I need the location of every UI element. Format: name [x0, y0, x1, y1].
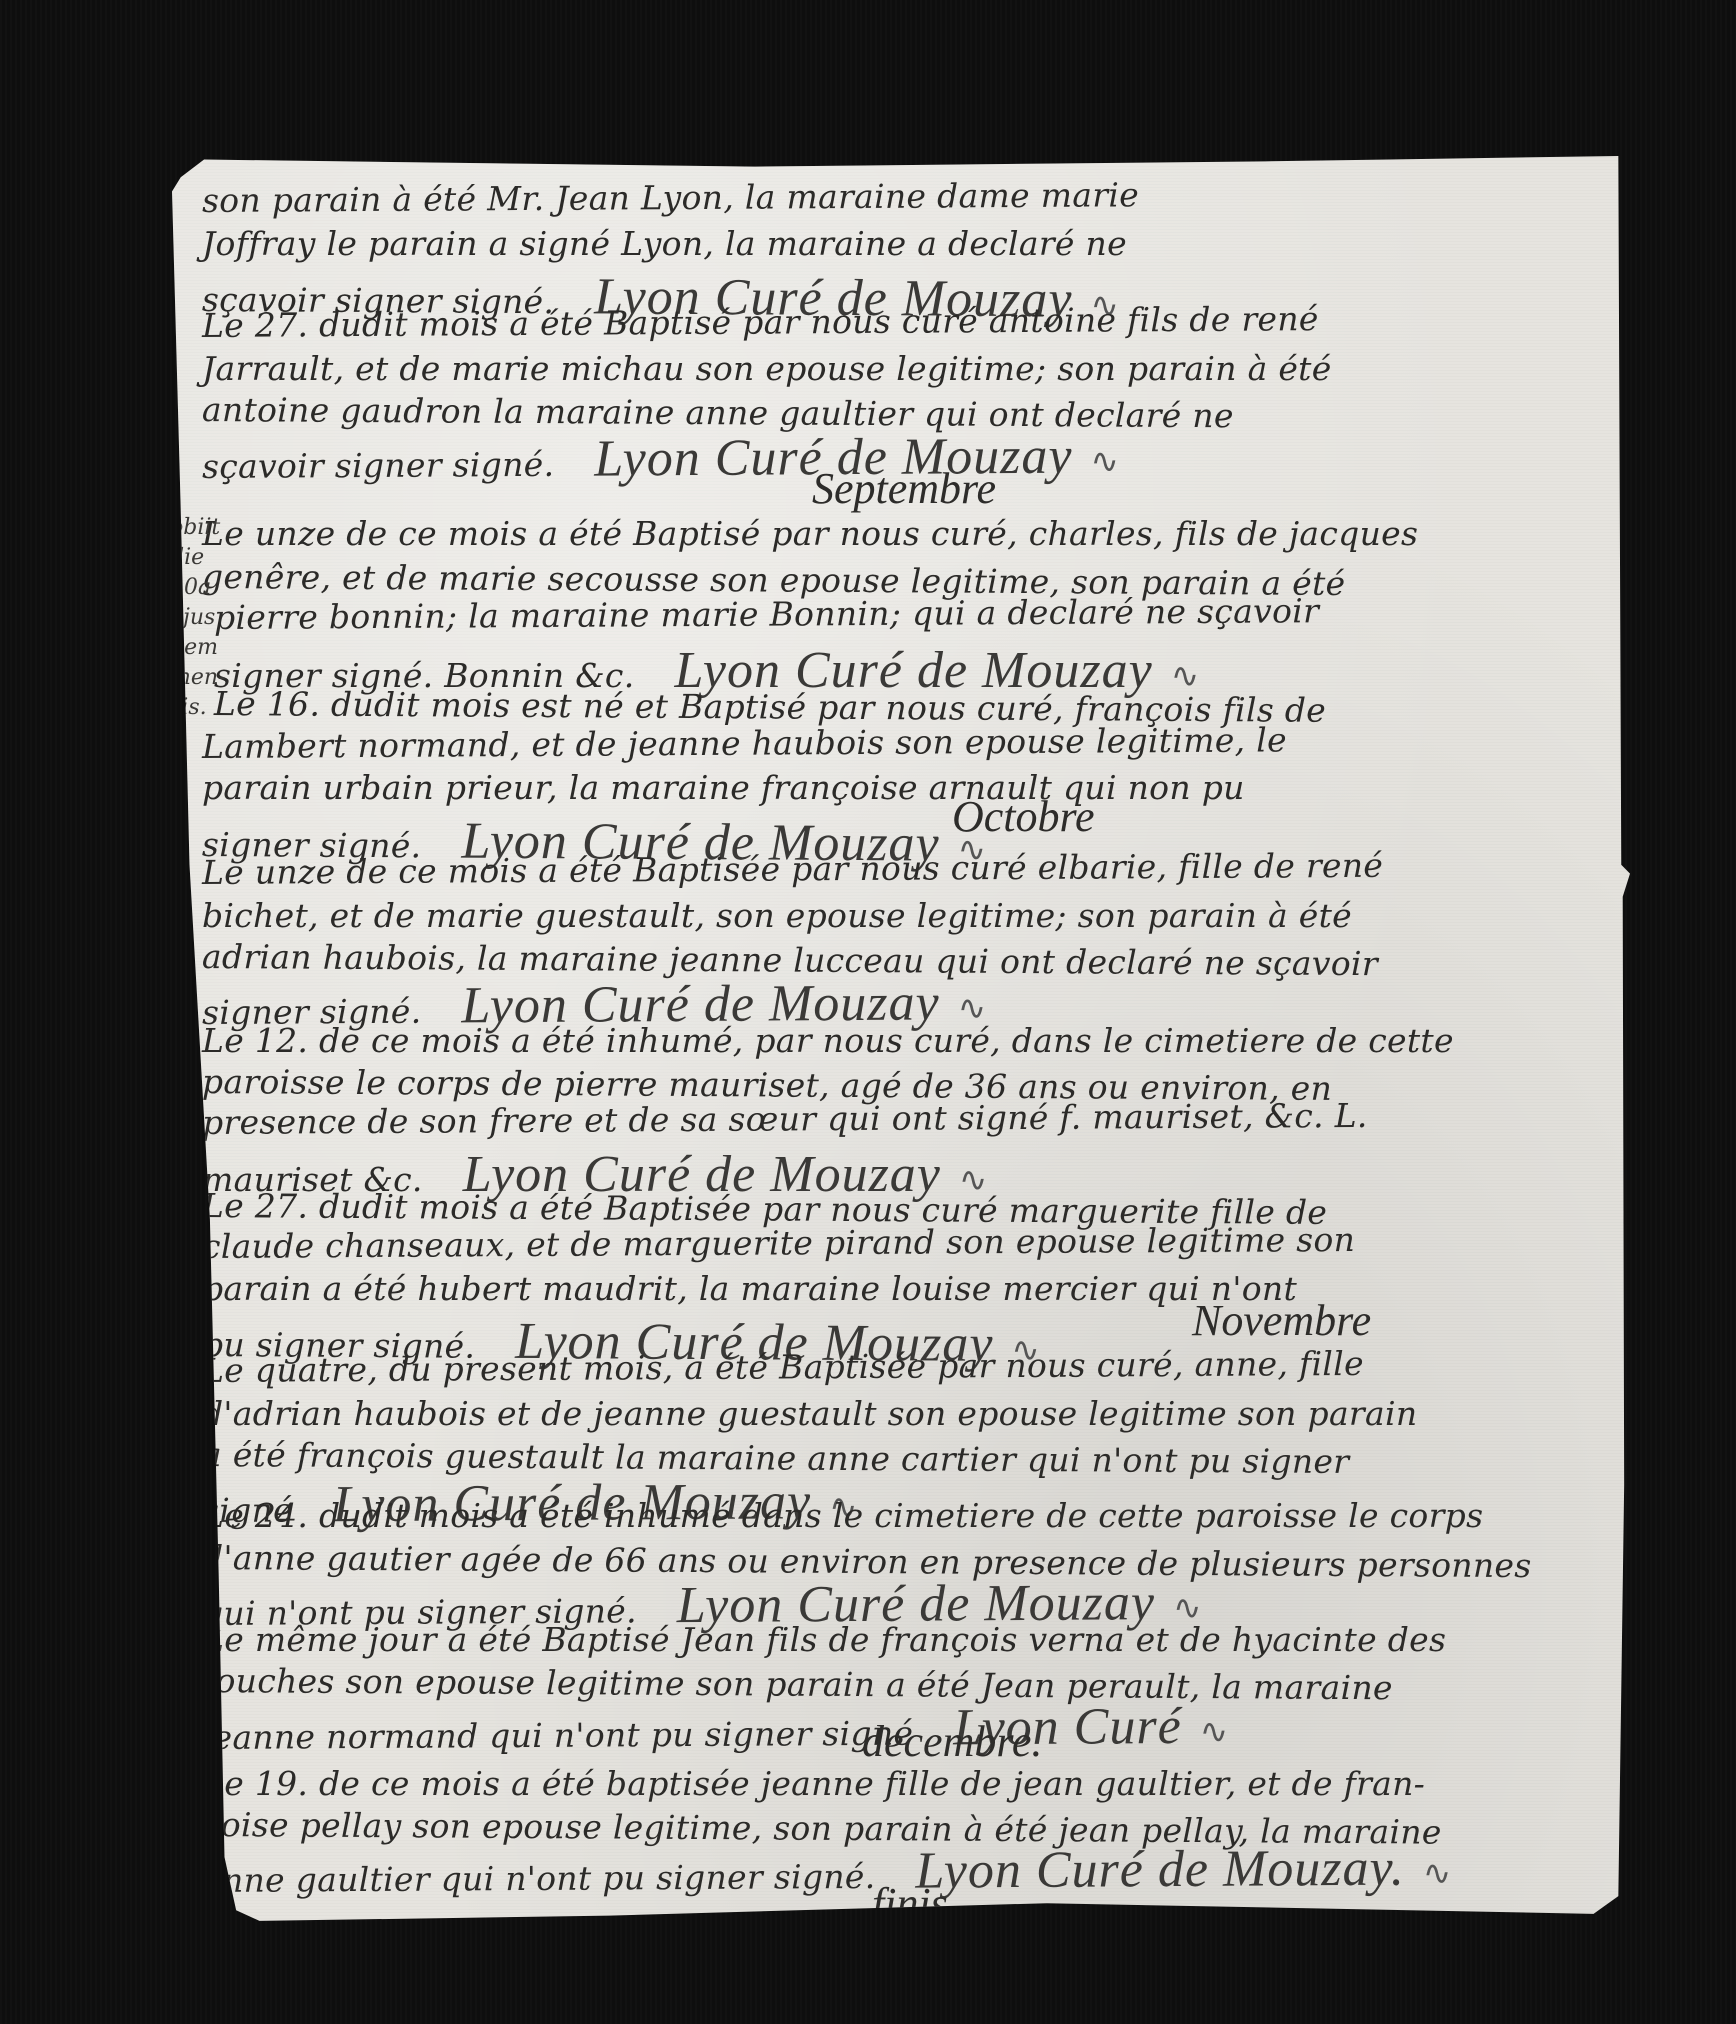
register-line: Joffray le parain a signé Lyon, la marai…: [202, 224, 1127, 263]
line-text: bichet, et de marie guestault, son epous…: [202, 896, 1352, 935]
register-line: Le 19. de ce mois a été baptisée jeanne …: [202, 1764, 1425, 1803]
register-line: Le 27. dudit mois a été Baptisé par nous…: [202, 299, 1319, 345]
line-text: anne gaultier qui n'ont pu signer signé.: [202, 1857, 876, 1900]
handwritten-text-body: son parain à été Mr. Jean Lyon, la marai…: [172, 156, 1630, 1928]
register-line: Jarrault, et de marie michau son epouse …: [202, 349, 1332, 388]
register-line: Le 12. de ce mois a été inhumé, par nous…: [202, 1021, 1454, 1060]
line-text: Joffray le parain a signé Lyon, la marai…: [202, 224, 1127, 263]
line-text: Le unze de ce mois a été Baptisé par nou…: [202, 514, 1418, 553]
register-line: pierre bonnin; la maraine marie Bonnin; …: [214, 591, 1319, 637]
flourish-icon: ∿: [1200, 1712, 1229, 1752]
line-text: Le unze de ce mois a été Baptisée par no…: [202, 846, 1383, 892]
line-text: sçavoir signer signé.: [202, 445, 555, 486]
line-text: Le 24. dudit mois a été inhumé dans le c…: [202, 1496, 1483, 1535]
line-text: pierre bonnin; la maraine marie Bonnin; …: [214, 591, 1319, 637]
line-text: jeanne normand qui n'ont pu signer signé: [202, 1714, 913, 1757]
register-line: Le quatre, du present mois, a été Baptis…: [202, 1344, 1364, 1390]
line-text: Le 27. dudit mois a été Baptisé par nous…: [202, 299, 1319, 345]
register-line: Le unze de ce mois a été Baptisé par nou…: [202, 514, 1418, 553]
line-text: Lambert normand, et de jeanne haubois so…: [202, 720, 1287, 766]
line-text: parain a été hubert maudrit, la maraine …: [202, 1269, 1297, 1308]
month-heading: decembre.: [862, 1716, 1042, 1767]
register-page: 6 son parain à été Mr. Jean Lyon, la mar…: [172, 156, 1630, 1928]
line-text: Le 19. de ce mois a été baptisée jeanne …: [202, 1764, 1425, 1803]
month-heading: Septembre: [812, 463, 996, 514]
register-line: d'adrian haubois et de jeanne guestault …: [202, 1394, 1417, 1433]
line-text: Le même jour a été Baptisé Jean fils de …: [202, 1620, 1446, 1659]
priest-signature: Lyon Curé de Mouzay.: [915, 1840, 1405, 1900]
register-line: Le même jour a été Baptisé Jean fils de …: [202, 1620, 1446, 1659]
register-line: son parain à été Mr. Jean Lyon, la marai…: [202, 175, 1139, 220]
register-line: claude chanseaux, et de marguerite piran…: [202, 1220, 1355, 1266]
register-line: Le 24. dudit mois a été inhumé dans le c…: [202, 1496, 1483, 1535]
line-text: Le quatre, du present mois, a été Baptis…: [202, 1344, 1364, 1390]
month-heading: Octobre: [952, 791, 1095, 842]
register-line: Lambert normand, et de jeanne haubois so…: [202, 720, 1287, 766]
line-text: presence de son frere et de sa sœur qui …: [202, 1096, 1368, 1142]
register-line: Le unze de ce mois a été Baptisée par no…: [202, 846, 1383, 892]
line-text: son parain à été Mr. Jean Lyon, la marai…: [202, 175, 1139, 220]
line-text: Jarrault, et de marie michau son epouse …: [202, 349, 1332, 388]
register-line: presence de son frere et de sa sœur qui …: [202, 1096, 1368, 1142]
register-line: jeanne normand qui n'ont pu signer signé…: [202, 1697, 1229, 1762]
register-line: anne gaultier qui n'ont pu signer signé.…: [202, 1838, 1452, 1905]
month-heading: Novembre: [1192, 1295, 1371, 1346]
flourish-icon: ∿: [1423, 1853, 1452, 1893]
line-text: claude chanseaux, et de marguerite piran…: [202, 1220, 1355, 1266]
line-text: Le 12. de ce mois a été inhumé, par nous…: [202, 1021, 1454, 1060]
flourish-icon: ∿: [1090, 441, 1119, 481]
line-text: d'adrian haubois et de jeanne guestault …: [202, 1394, 1417, 1433]
register-line: parain a été hubert maudrit, la maraine …: [202, 1269, 1297, 1308]
register-line: bichet, et de marie guestault, son epous…: [202, 896, 1352, 935]
